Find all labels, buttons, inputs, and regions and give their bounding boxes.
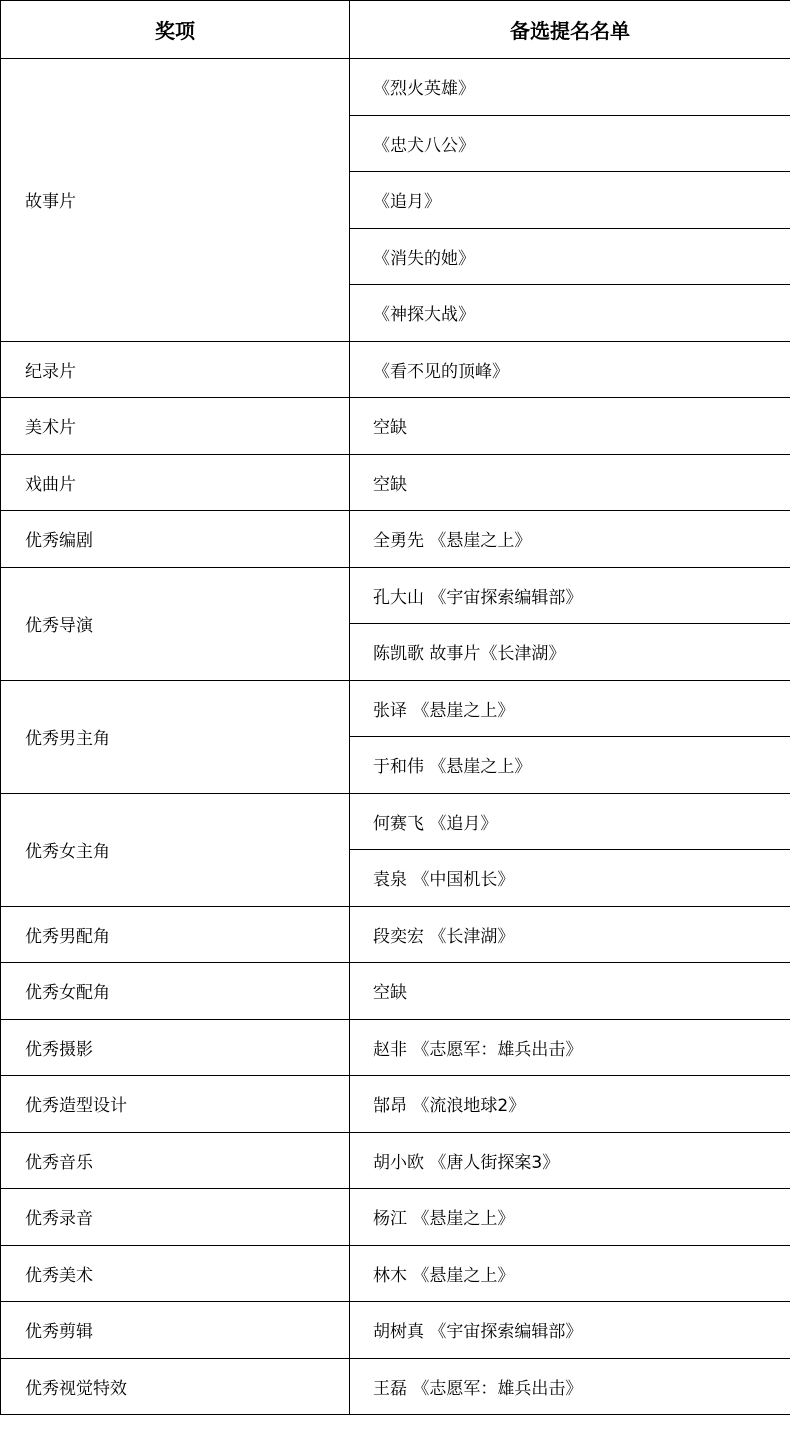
nominee-cell: 《烈火英雄》: [350, 59, 790, 116]
nominee-cell: 林木 《悬崖之上》: [350, 1245, 790, 1302]
award-cell: 优秀男主角: [1, 680, 350, 793]
nominee-cell: 空缺: [350, 454, 790, 511]
nominee-cell: 胡树真 《宇宙探索编辑部》: [350, 1302, 790, 1359]
award-cell: 优秀音乐: [1, 1132, 350, 1189]
table-row: 戏曲片空缺: [1, 454, 790, 511]
award-cell: 纪录片: [1, 341, 350, 398]
header-row: 奖项 备选提名名单: [1, 1, 790, 59]
nomination-table: 奖项 备选提名名单 故事片《烈火英雄》《忠犬八公》《追月》《消失的她》《神探大战…: [0, 0, 790, 1415]
header-nominees: 备选提名名单: [350, 1, 790, 59]
nominee-cell: 王磊 《志愿军：雄兵出击》: [350, 1358, 790, 1415]
nominee-cell: 何赛飞 《追月》: [350, 793, 790, 850]
table-body: 故事片《烈火英雄》《忠犬八公》《追月》《消失的她》《神探大战》纪录片《看不见的顶…: [1, 59, 790, 1415]
table-row: 优秀女主角何赛飞 《追月》: [1, 793, 790, 850]
nominee-cell: 《忠犬八公》: [350, 115, 790, 172]
table-row: 优秀视觉特效王磊 《志愿军：雄兵出击》: [1, 1358, 790, 1415]
nominee-cell: 空缺: [350, 398, 790, 455]
award-cell: 美术片: [1, 398, 350, 455]
table-row: 优秀摄影赵非 《志愿军：雄兵出击》: [1, 1019, 790, 1076]
nominee-cell: 赵非 《志愿军：雄兵出击》: [350, 1019, 790, 1076]
table-row: 优秀男配角段奕宏 《长津湖》: [1, 906, 790, 963]
nominee-cell: 《消失的她》: [350, 228, 790, 285]
nominee-cell: 段奕宏 《长津湖》: [350, 906, 790, 963]
award-cell: 故事片: [1, 59, 350, 342]
nominee-cell: 《神探大战》: [350, 285, 790, 342]
table-row: 纪录片《看不见的顶峰》: [1, 341, 790, 398]
nominee-cell: 《看不见的顶峰》: [350, 341, 790, 398]
table-row: 优秀录音杨江 《悬崖之上》: [1, 1189, 790, 1246]
table-row: 优秀女配角空缺: [1, 963, 790, 1020]
nominee-cell: 于和伟 《悬崖之上》: [350, 737, 790, 794]
table-row: 优秀造型设计郜昂 《流浪地球2》: [1, 1076, 790, 1133]
award-cell: 优秀女主角: [1, 793, 350, 906]
award-cell: 优秀导演: [1, 567, 350, 680]
nominee-cell: 郜昂 《流浪地球2》: [350, 1076, 790, 1133]
table-row: 优秀编剧全勇先 《悬崖之上》: [1, 511, 790, 568]
nominee-cell: 全勇先 《悬崖之上》: [350, 511, 790, 568]
table-row: 优秀剪辑胡树真 《宇宙探索编辑部》: [1, 1302, 790, 1359]
nominee-cell: 张译 《悬崖之上》: [350, 680, 790, 737]
award-cell: 优秀男配角: [1, 906, 350, 963]
table-row: 优秀男主角张译 《悬崖之上》: [1, 680, 790, 737]
award-cell: 戏曲片: [1, 454, 350, 511]
award-cell: 优秀女配角: [1, 963, 350, 1020]
award-cell: 优秀美术: [1, 1245, 350, 1302]
nominee-cell: 杨江 《悬崖之上》: [350, 1189, 790, 1246]
nominee-cell: 胡小欧 《唐人街探案3》: [350, 1132, 790, 1189]
table-row: 优秀音乐胡小欧 《唐人街探案3》: [1, 1132, 790, 1189]
table-row: 美术片空缺: [1, 398, 790, 455]
table-row: 故事片《烈火英雄》: [1, 59, 790, 116]
nominee-cell: 孔大山 《宇宙探索编辑部》: [350, 567, 790, 624]
award-cell: 优秀摄影: [1, 1019, 350, 1076]
nominee-cell: 袁泉 《中国机长》: [350, 850, 790, 907]
award-cell: 优秀视觉特效: [1, 1358, 350, 1415]
award-cell: 优秀剪辑: [1, 1302, 350, 1359]
award-cell: 优秀造型设计: [1, 1076, 350, 1133]
award-cell: 优秀编剧: [1, 511, 350, 568]
nominee-cell: 《追月》: [350, 172, 790, 229]
nominee-cell: 空缺: [350, 963, 790, 1020]
award-cell: 优秀录音: [1, 1189, 350, 1246]
nominee-cell: 陈凯歌 故事片《长津湖》: [350, 624, 790, 681]
table-row: 优秀导演孔大山 《宇宙探索编辑部》: [1, 567, 790, 624]
header-award: 奖项: [1, 1, 350, 59]
table-row: 优秀美术林木 《悬崖之上》: [1, 1245, 790, 1302]
